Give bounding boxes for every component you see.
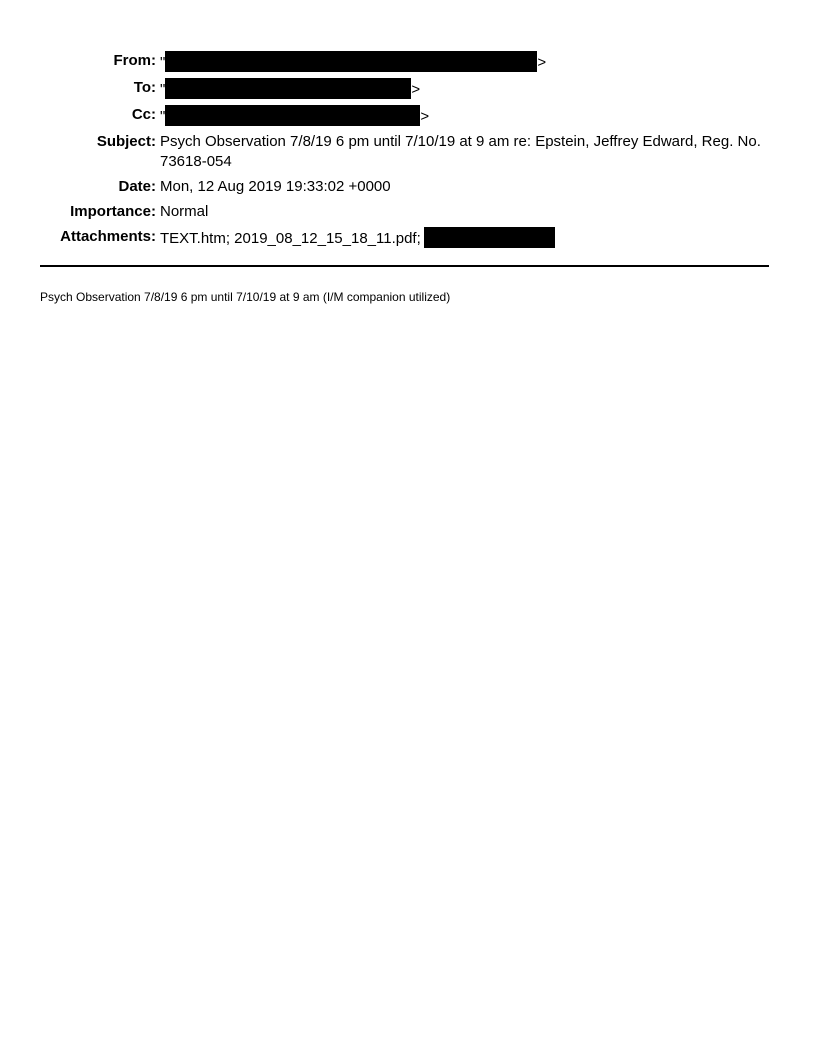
attachments-value: TEXT.htm; 2019_08_12_15_18_11.pdf; (160, 227, 770, 254)
from-redaction (165, 51, 537, 72)
header-divider (40, 265, 769, 267)
from-label: From: (40, 51, 160, 78)
email-header: From: "> To: "> Cc: "> Subject: Psych Ob… (40, 51, 770, 254)
importance-value: Normal (160, 202, 770, 227)
cc-value: "> (160, 105, 770, 132)
to-value: "> (160, 78, 770, 105)
subject-value: Psych Observation 7/8/19 6 pm until 7/10… (160, 132, 770, 177)
attachments-list: TEXT.htm; 2019_08_12_15_18_11.pdf; (160, 230, 421, 247)
from-suffix: > (537, 54, 546, 71)
attachment-redaction (424, 227, 555, 248)
cc-label: Cc: (40, 105, 160, 132)
date-value: Mon, 12 Aug 2019 19:33:02 +0000 (160, 177, 770, 202)
importance-row: Importance: Normal (40, 202, 770, 227)
to-row: To: "> (40, 78, 770, 105)
attachments-row: Attachments: TEXT.htm; 2019_08_12_15_18_… (40, 227, 770, 254)
subject-row: Subject: Psych Observation 7/8/19 6 pm u… (40, 132, 770, 177)
to-label: To: (40, 78, 160, 105)
from-row: From: "> (40, 51, 770, 78)
to-redaction (165, 78, 411, 99)
cc-row: Cc: "> (40, 105, 770, 132)
date-row: Date: Mon, 12 Aug 2019 19:33:02 +0000 (40, 177, 770, 202)
email-body: Psych Observation 7/8/19 6 pm until 7/10… (40, 289, 450, 305)
cc-suffix: > (420, 108, 429, 125)
importance-label: Importance: (40, 202, 160, 227)
from-value: "> (160, 51, 770, 78)
attachments-label: Attachments: (40, 227, 160, 254)
cc-redaction (165, 105, 420, 126)
to-suffix: > (411, 81, 420, 98)
date-label: Date: (40, 177, 160, 202)
subject-label: Subject: (40, 132, 160, 177)
